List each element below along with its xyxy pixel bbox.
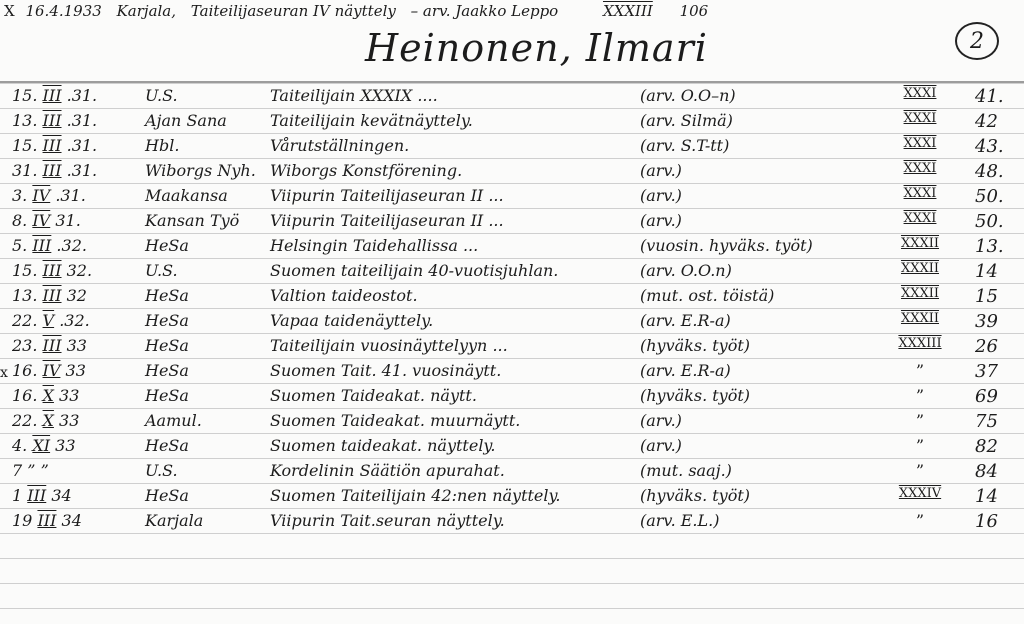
entry-note: (arv.): [640, 186, 682, 205]
list-item: 5. III .32. HeSa Helsingin Taidehallissa…: [0, 234, 1024, 259]
entry-date: 31. III .31.: [12, 161, 132, 180]
header-divider: [0, 81, 1024, 83]
entry-page: 39: [975, 311, 1020, 332]
entry-volume: XXXI: [890, 111, 950, 126]
entry-date: 22. X 33: [12, 411, 132, 430]
list-item: 31. III .31. Wiborgs Nyh. Wiborgs Konstf…: [0, 159, 1024, 184]
entry-year: .31.: [67, 111, 98, 130]
entry-source: Wiborgs Nyh.: [145, 161, 265, 180]
entry-title: Suomen Taideakat. näytt.: [270, 386, 477, 405]
entry-day: 15.: [12, 261, 37, 280]
entry-page: 16: [975, 511, 1020, 532]
entry-date: 4. XI 33: [12, 436, 132, 455]
entry-note: (arv. O.O.n): [640, 261, 732, 280]
entry-volume: XXXI: [890, 211, 950, 226]
entry-title: Valtion taideostot.: [270, 286, 418, 305]
card-header-entry: X 16.4.1933 Karjala, Taiteilijaseuran IV…: [4, 2, 718, 20]
list-item: 22. V .32. HeSa Vapaa taidenäyttely. (ar…: [0, 309, 1024, 334]
entry-title: Taiteilijain kevätnäyttely.: [270, 111, 473, 130]
header-page: 106: [680, 2, 709, 20]
entry-month: XI: [32, 436, 50, 455]
entry-month: III: [43, 336, 62, 355]
entry-title: Suomen taiteilijain 40-vuotisjuhlan.: [270, 261, 558, 280]
header-source: Karjala,: [117, 2, 176, 20]
entry-source: Ajan Sana: [145, 111, 265, 130]
entry-year: 32: [67, 286, 87, 305]
entry-date: 8. IV 31.: [12, 211, 132, 230]
entry-mark: x: [0, 365, 8, 381]
entry-volume: ”: [890, 411, 950, 430]
entry-source: HeSa: [145, 486, 265, 505]
entry-note: (hyväks. työt): [640, 336, 750, 355]
entry-source: U.S.: [145, 461, 265, 480]
entry-month: V: [43, 311, 55, 330]
list-item: 23. III 33 HeSa Taiteilijain vuosinäytte…: [0, 334, 1024, 359]
entry-title: Suomen Tait. 41. vuosinäytt.: [270, 361, 501, 380]
entry-date: 13. III 32: [12, 286, 132, 305]
card-number: 2: [970, 29, 984, 54]
entry-date: 16. X 33: [12, 386, 132, 405]
entry-month: IV: [32, 186, 50, 205]
entry-volume: XXXII: [890, 261, 950, 276]
person-name: Heinonen, Ilmari: [365, 26, 708, 70]
list-item: 3. IV .31. Maakansa Viipurin Taiteilijas…: [0, 184, 1024, 209]
list-item: 7 ” ” U.S. Kordelinin Säätiön apurahat. …: [0, 459, 1024, 484]
entry-year: 32.: [67, 261, 92, 280]
entry-date: 15. III .31.: [12, 136, 132, 155]
entry-volume: XXXII: [890, 236, 950, 251]
list-item: 4. XI 33 HeSa Suomen taideakat. näyttely…: [0, 434, 1024, 459]
list-item: 16. X 33 HeSa Suomen Taideakat. näytt. (…: [0, 384, 1024, 409]
entry-title: Suomen Taiteilijain 42:nen näyttely.: [270, 486, 561, 505]
entry-title: Kordelinin Säätiön apurahat.: [270, 461, 505, 480]
entry-note: (hyväks. työt): [640, 486, 750, 505]
entry-volume: XXXIV: [890, 486, 950, 501]
entry-date: 16. IV 33: [12, 361, 132, 380]
entry-year: 33: [55, 436, 75, 455]
entry-title: Viipurin Taiteilijaseuran II ...: [270, 186, 504, 205]
entry-page: 69: [975, 386, 1020, 407]
entry-note: (arv. Silmä): [640, 111, 733, 130]
entry-note: (arv. E.R-a): [640, 311, 731, 330]
entry-month: III: [43, 86, 62, 105]
entry-source: Karjala: [145, 511, 265, 530]
entry-day: 8.: [12, 211, 27, 230]
list-item: 19 III 34 Karjala Viipurin Tait.seuran n…: [0, 509, 1024, 534]
entry-month: III: [27, 486, 46, 505]
list-item: 13. III 32 HeSa Valtion taideostot. (mut…: [0, 284, 1024, 309]
entry-source: HeSa: [145, 236, 265, 255]
entry-year: 34: [51, 486, 71, 505]
entry-title: Taiteilijain vuosinäyttelyyn ...: [270, 336, 508, 355]
entry-volume: ”: [890, 436, 950, 455]
entry-page: 50.: [975, 211, 1020, 232]
entry-title: Wiborgs Konstförening.: [270, 161, 462, 180]
list-item: 15. III 32. U.S. Suomen taiteilijain 40-…: [0, 259, 1024, 284]
entry-day: 13.: [12, 286, 37, 305]
entry-source: HeSa: [145, 361, 265, 380]
entry-note: (vuosin. hyväks. työt): [640, 236, 813, 255]
entry-page: 37: [975, 361, 1020, 382]
entry-date: 22. V .32.: [12, 311, 132, 330]
entry-source: U.S.: [145, 86, 265, 105]
index-card: X 16.4.1933 Karjala, Taiteilijaseuran IV…: [0, 0, 1024, 624]
entry-month: X: [43, 411, 54, 430]
entry-page: 41.: [975, 86, 1020, 107]
entry-day: 22.: [12, 311, 37, 330]
entry-page: 43.: [975, 136, 1020, 157]
entry-note: (arv.): [640, 211, 682, 230]
entry-note: (arv. E.R-a): [640, 361, 731, 380]
entry-month: ”: [27, 461, 35, 480]
entry-day: 4.: [12, 436, 27, 455]
entry-page: 82: [975, 436, 1020, 457]
entry-volume: ”: [890, 361, 950, 380]
entry-volume: XXXII: [890, 286, 950, 301]
entry-date: 1 III 34: [12, 486, 132, 505]
entry-volume: ”: [890, 461, 950, 480]
entry-title: Vårutställningen.: [270, 136, 409, 155]
entry-volume: XXXI: [890, 86, 950, 101]
entry-day: 3.: [12, 186, 27, 205]
entry-volume: XXXIII: [890, 336, 950, 351]
entry-source: HeSa: [145, 336, 265, 355]
list-item: 15. III .31. U.S. Taiteilijain XXXIX ...…: [0, 84, 1024, 109]
entry-note: (hyväks. työt): [640, 386, 750, 405]
entry-day: 13.: [12, 111, 37, 130]
header-volume: XXXIII: [603, 2, 653, 20]
entry-month: III: [43, 261, 62, 280]
entry-month: III: [37, 511, 56, 530]
entry-date: 23. III 33: [12, 336, 132, 355]
entry-volume: XXXI: [890, 186, 950, 201]
entry-date: 5. III .32.: [12, 236, 132, 255]
entry-year: .31.: [55, 186, 86, 205]
entry-title: Vapaa taidenäyttely.: [270, 311, 433, 330]
entry-year: 33: [67, 336, 87, 355]
header-event: Taiteilijaseuran IV näyttely: [191, 2, 396, 20]
entry-date: 7 ” ”: [12, 461, 132, 480]
entry-month: III: [43, 286, 62, 305]
header-review: – arv. Jaakko Leppo: [411, 2, 559, 20]
header-mark: X: [4, 2, 15, 20]
entry-date: 19 III 34: [12, 511, 132, 530]
entry-volume: ”: [890, 511, 950, 530]
list-item: 15. III .31. Hbl. Vårutställningen. (arv…: [0, 134, 1024, 159]
header-date: 16.4.1933: [25, 2, 101, 20]
entry-date: 13. III .31.: [12, 111, 132, 130]
list-item: 13. III .31. Ajan Sana Taiteilijain kevä…: [0, 109, 1024, 134]
entry-day: 31.: [12, 161, 37, 180]
entry-page: 26: [975, 336, 1020, 357]
entry-source: HeSa: [145, 436, 265, 455]
entry-title: Helsingin Taidehallissa ...: [270, 236, 478, 255]
entry-year: 34: [62, 511, 82, 530]
entries-list: 15. III .31. U.S. Taiteilijain XXXIX ...…: [0, 84, 1024, 534]
entry-page: 14: [975, 486, 1020, 507]
entry-day: 15.: [12, 86, 37, 105]
entry-note: (arv.): [640, 436, 682, 455]
entry-page: 42: [975, 111, 1020, 132]
entry-year: .32.: [56, 236, 87, 255]
entry-date: 15. III 32.: [12, 261, 132, 280]
entry-day: 22.: [12, 411, 37, 430]
entry-day: 7: [12, 461, 22, 480]
entry-page: 84: [975, 461, 1020, 482]
entry-year: .32.: [59, 311, 90, 330]
entry-source: HeSa: [145, 386, 265, 405]
entry-source: HeSa: [145, 311, 265, 330]
entry-volume: XXXI: [890, 161, 950, 176]
entry-note: (arv. S.T-tt): [640, 136, 729, 155]
entry-source: Maakansa: [145, 186, 265, 205]
entry-source: Hbl.: [145, 136, 265, 155]
entry-month: III: [43, 161, 62, 180]
entry-source: Kansan Työ: [145, 211, 265, 230]
entry-title: Taiteilijain XXXIX ....: [270, 86, 438, 105]
entry-year: .31.: [67, 136, 98, 155]
entry-note: (arv. E.L.): [640, 511, 719, 530]
entry-day: 16.: [12, 386, 37, 405]
entry-date: 3. IV .31.: [12, 186, 132, 205]
entry-year: 33: [66, 361, 86, 380]
entry-page: 15: [975, 286, 1020, 307]
entry-page: 13.: [975, 236, 1020, 257]
entry-volume: ”: [890, 386, 950, 405]
entry-note: (mut. ost. töistä): [640, 286, 774, 305]
entry-note: (arv.): [640, 161, 682, 180]
entry-day: 16.: [12, 361, 37, 380]
entry-day: 5.: [12, 236, 27, 255]
entry-page: 50.: [975, 186, 1020, 207]
entry-year: .31.: [67, 161, 98, 180]
list-item: 1 III 34 HeSa Suomen Taiteilijain 42:nen…: [0, 484, 1024, 509]
entry-month: III: [43, 136, 62, 155]
list-item: x 16. IV 33 HeSa Suomen Tait. 41. vuosin…: [0, 359, 1024, 384]
entry-volume: XXXI: [890, 136, 950, 151]
entry-year: 33: [59, 386, 79, 405]
entry-month: IV: [43, 361, 61, 380]
entry-title: Suomen taideakat. näyttely.: [270, 436, 495, 455]
entry-month: X: [43, 386, 54, 405]
entry-title: Viipurin Tait.seuran näyttely.: [270, 511, 505, 530]
entry-day: 19: [12, 511, 32, 530]
entry-year: 31.: [55, 211, 80, 230]
entry-year: ”: [41, 461, 49, 480]
entry-volume: XXXII: [890, 311, 950, 326]
entry-note: (arv.): [640, 411, 682, 430]
entry-title: Suomen Taideakat. muurnäytt.: [270, 411, 520, 430]
entry-source: HeSa: [145, 286, 265, 305]
card-number-badge: 2: [955, 22, 999, 60]
entry-source: Aamul.: [145, 411, 265, 430]
entry-year: .31.: [67, 86, 98, 105]
entry-page: 75: [975, 411, 1020, 432]
entry-title: Viipurin Taiteilijaseuran II ...: [270, 211, 504, 230]
list-item: 22. X 33 Aamul. Suomen Taideakat. muurnä…: [0, 409, 1024, 434]
entry-page: 48.: [975, 161, 1020, 182]
list-item: 8. IV 31. Kansan Työ Viipurin Taiteilija…: [0, 209, 1024, 234]
entry-month: III: [43, 111, 62, 130]
entry-year: 33: [59, 411, 79, 430]
entry-note: (mut. saaj.): [640, 461, 732, 480]
entry-source: U.S.: [145, 261, 265, 280]
entry-month: III: [32, 236, 51, 255]
entry-day: 1: [12, 486, 22, 505]
entry-day: 23.: [12, 336, 37, 355]
entry-note: (arv. O.O–n): [640, 86, 736, 105]
entry-month: IV: [32, 211, 50, 230]
entry-day: 15.: [12, 136, 37, 155]
entry-date: 15. III .31.: [12, 86, 132, 105]
entry-page: 14: [975, 261, 1020, 282]
